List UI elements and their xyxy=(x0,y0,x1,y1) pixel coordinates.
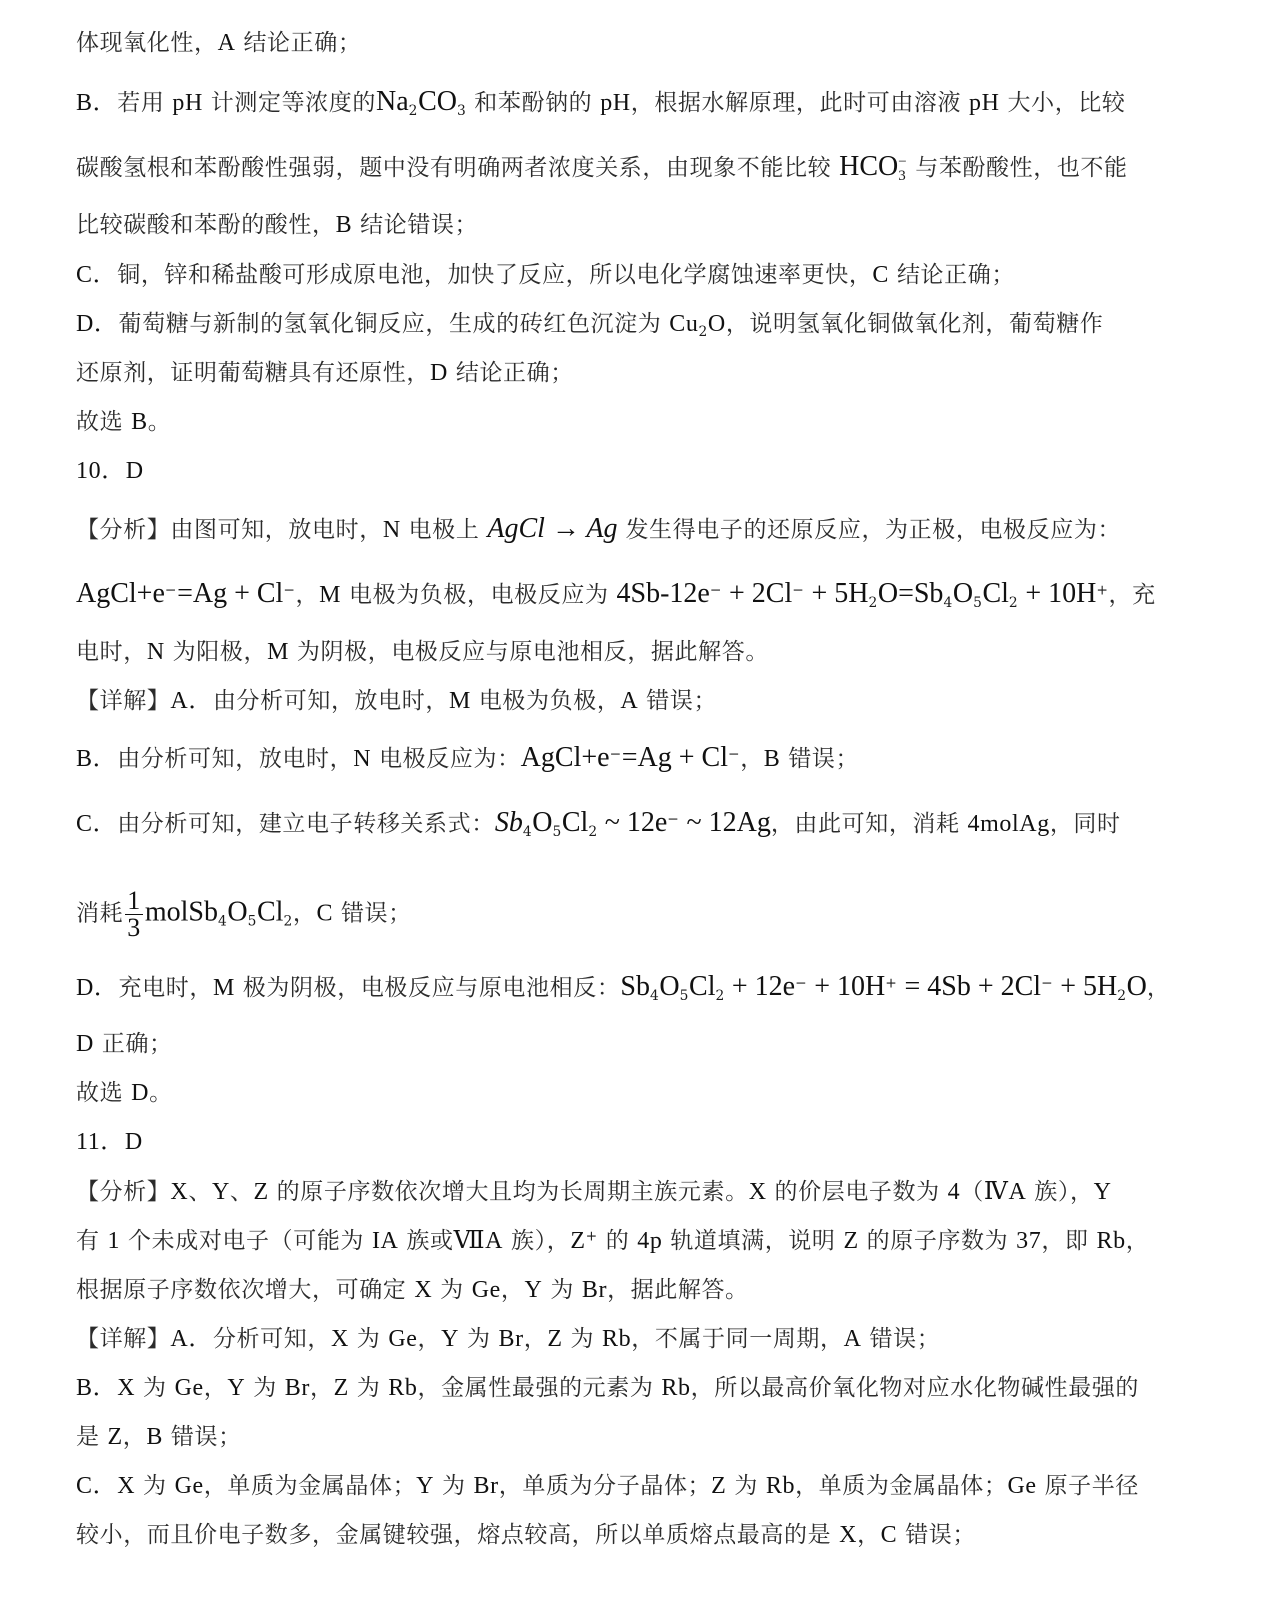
chemical-formula: molSb xyxy=(145,897,218,928)
latin-text: 37 xyxy=(1016,1228,1041,1254)
chinese-text: ， xyxy=(418,1326,442,1352)
latin-text: B． xyxy=(76,90,117,116)
latin-text: Y xyxy=(441,1326,459,1352)
text-line: 根据原子序数依次增大，可确定 X 为 Ge，Y 为 Br，据此解答。 xyxy=(76,1275,749,1305)
chinese-text: ，由此可知，消耗 xyxy=(771,811,968,837)
latin-text: Br xyxy=(499,1326,524,1352)
latin-text: Y xyxy=(524,1277,542,1303)
chinese-text: ， xyxy=(310,1375,334,1401)
chemical-formula: ~ 12Ag xyxy=(679,807,770,838)
chinese-text: ，单质为金属晶体； xyxy=(204,1473,416,1499)
text-line: AgCl+e−=Ag + Cl−，M 电极为负极，电极反应为 4Sb-12e− … xyxy=(76,579,1156,610)
chinese-text: 为 xyxy=(349,1375,388,1401)
chemical-formula: O xyxy=(227,897,247,928)
latin-text: M xyxy=(213,975,235,1001)
latin-text: Z xyxy=(711,1473,726,1499)
latin-text: B xyxy=(146,1424,163,1450)
subscript: 5 xyxy=(552,824,561,840)
text-line: D 正确； xyxy=(76,1029,173,1059)
subscript: 2 xyxy=(715,988,724,1004)
document-page: 体现氧化性，A 结论正确；B．若用 pH 计测定等浓度的Na2CO3 和苯酚钠的… xyxy=(0,0,1279,1606)
text-line: 还原剂，证明葡萄糖具有还原性，D 结论正确； xyxy=(76,358,574,388)
latin-text: O xyxy=(708,311,726,337)
chinese-text: 为 xyxy=(135,1375,174,1401)
text-line: 【详解】A．分析可知，X 为 Ge，Y 为 Br，Z 为 Rb，不属于同一周期，… xyxy=(76,1324,940,1354)
text-line: 11．D xyxy=(76,1127,143,1157)
chemical-formula: Na xyxy=(376,86,409,117)
latin-text: Br xyxy=(582,1277,607,1303)
chinese-text: ，金属性最强的元素为 xyxy=(417,1375,661,1401)
chinese-text: 【分析】由图可知，放电时， xyxy=(76,517,383,543)
chemical-formula: O=Sb xyxy=(878,578,944,609)
latin-text: IA xyxy=(372,1228,399,1254)
chinese-text: 铜，锌和稀盐酸可形成原电池，加快了反应，所以电化学腐蚀速率更快， xyxy=(117,262,872,288)
fraction: 13 xyxy=(125,888,143,941)
chinese-text: ，不属于同一周期， xyxy=(631,1326,843,1352)
chinese-text: ， xyxy=(123,1424,147,1450)
chinese-text: 与苯酚酸性，也不能 xyxy=(907,155,1127,181)
chemical-formula: + 2Cl xyxy=(722,578,792,609)
chinese-text: 发生得电子的还原反应，为正极，电极反应为： xyxy=(618,517,1122,543)
latin-text: Rb xyxy=(661,1375,690,1401)
latin-text: pH xyxy=(969,90,1000,116)
latin-text: C． xyxy=(76,811,117,837)
chinese-text: ，根据水解原理，此时可由溶液 xyxy=(631,90,969,116)
latin-text: X xyxy=(414,1277,432,1303)
chinese-text: 为 xyxy=(432,1277,471,1303)
chemical-formula: + 5H xyxy=(1053,971,1117,1002)
chemical-formula: CO xyxy=(418,86,457,117)
chinese-text: ，据此解答。 xyxy=(607,1277,749,1303)
latin-text: X xyxy=(331,1326,349,1352)
chinese-text: 为 xyxy=(563,1326,602,1352)
superscript: − xyxy=(610,746,622,762)
latin-text: 1 xyxy=(108,1228,121,1254)
chinese-text: 体现氧化性， xyxy=(76,30,218,56)
chinese-text: ， xyxy=(204,1375,228,1401)
chinese-text: 为 xyxy=(542,1277,581,1303)
latin-text: M xyxy=(449,688,471,714)
chinese-text: 由分析可知，建立电子转移关系式： xyxy=(117,811,495,837)
latin-text: Ge xyxy=(388,1326,417,1352)
text-line: D．葡萄糖与新制的氢氧化铜反应，生成的砖红色沉淀为 Cu2O，说明氢氧化铜做氧化… xyxy=(76,309,1103,339)
latin-text: ⅦA xyxy=(454,1228,504,1254)
latin-text: D． xyxy=(76,975,119,1001)
fraction-numerator: 1 xyxy=(125,888,143,915)
text-line: 电时，N 为阳极，M 为阴极，电极反应与原电池相反，据此解答。 xyxy=(76,637,769,667)
text-line: 10．D xyxy=(76,456,144,486)
latin-text: M xyxy=(267,639,289,665)
chinese-text: 极为阴极，电极反应与原电池相反： xyxy=(235,975,621,1001)
text-line: 体现氧化性，A 结论正确； xyxy=(76,28,361,58)
latin-text: 4molAg xyxy=(968,811,1050,837)
text-line: 【分析】由图可知，放电时，N 电极上 AgCl → Ag 发生得电子的还原反应，… xyxy=(76,514,1121,545)
latin-text: 10．D xyxy=(76,458,144,484)
chemical-formula-italic: Sb xyxy=(495,807,523,838)
chinese-text: 的价层电子数为 xyxy=(767,1179,948,1205)
latin-text: C xyxy=(316,901,333,927)
latin-text: pH xyxy=(172,90,203,116)
latin-text: D xyxy=(131,1080,149,1106)
chemical-formula: O xyxy=(659,971,679,1002)
chinese-text: 错误； xyxy=(333,901,412,927)
latin-text: Y xyxy=(212,1179,230,1205)
chinese-text: ， xyxy=(293,901,317,927)
latin-text: Y xyxy=(227,1375,245,1401)
chemical-formula: Cl xyxy=(689,971,715,1002)
chinese-text: 【详解】 xyxy=(76,688,170,714)
subscript: 5 xyxy=(680,988,689,1004)
chinese-text: 较小，而且价电子数多，金属键较强，熔点较高，所以单质熔点最高的是 xyxy=(76,1522,839,1548)
chinese-text: 、 xyxy=(230,1179,254,1205)
text-line: C．X 为 Ge，单质为金属晶体；Y 为 Br，单质为分子晶体；Z 为 Rb，单… xyxy=(76,1471,1139,1501)
latin-text: Ge xyxy=(175,1473,204,1499)
subscript: 3 xyxy=(457,103,466,119)
chinese-text: 电极上 xyxy=(401,517,488,543)
chinese-text: 为阳极， xyxy=(165,639,267,665)
latin-text: Ge xyxy=(472,1277,501,1303)
chemical-formula: ~ 12e xyxy=(598,807,668,838)
chemical-formula: + 12e xyxy=(725,971,795,1002)
chinese-text: （ xyxy=(960,1179,984,1205)
subscript: 2 xyxy=(698,324,707,340)
chinese-text: 族或 xyxy=(398,1228,453,1254)
chinese-text: 个未成对电子（可能为 xyxy=(120,1228,372,1254)
subscript: 4 xyxy=(218,913,227,929)
latin-text: Rb xyxy=(602,1326,631,1352)
chemical-formula: HCO xyxy=(839,151,898,182)
latin-text: C xyxy=(872,262,889,288)
chinese-text: ，单质为分子晶体； xyxy=(499,1473,711,1499)
latin-text: Y xyxy=(1094,1179,1112,1205)
latin-text: Cu xyxy=(669,311,698,337)
chinese-text: ，所以最高价氧化物对应水化物碱性最强的 xyxy=(691,1375,1139,1401)
chemical-formula: O xyxy=(953,578,973,609)
text-line: C．铜，锌和稀盐酸可形成原电池，加快了反应，所以电化学腐蚀速率更快，C 结论正确… xyxy=(76,260,1015,290)
latin-text: N xyxy=(353,746,371,772)
chinese-text: ， xyxy=(740,746,764,772)
chemical-formula: Cl xyxy=(982,578,1008,609)
latin-text: Z xyxy=(334,1375,349,1401)
chinese-text: 根据原子序数依次增大，可确定 xyxy=(76,1277,414,1303)
latin-text: Z xyxy=(547,1326,562,1352)
chinese-text: 由分析可知，放电时， xyxy=(213,688,449,714)
latin-text: C．X xyxy=(76,1473,135,1499)
latin-text: X xyxy=(749,1179,767,1205)
subscript: 4 xyxy=(943,595,952,611)
chinese-text: 。 xyxy=(149,1080,173,1106)
chemical-formula: =Ag + Cl xyxy=(177,578,283,609)
superscript: + xyxy=(1096,582,1108,598)
chinese-text: ，同时 xyxy=(1050,811,1121,837)
latin-text: B．X xyxy=(76,1375,135,1401)
latin-text: X xyxy=(170,1179,188,1205)
chemical-formula: + 10H xyxy=(1018,578,1096,609)
text-line: 是 Z，B 错误； xyxy=(76,1422,242,1452)
chinese-text: 比较碳酸和苯酚的酸性， xyxy=(76,212,336,238)
latin-text: Y xyxy=(416,1473,434,1499)
chinese-text: ， xyxy=(1147,975,1171,1001)
text-line: 有 1 个未成对电子（可能为 IA 族或ⅦA 族），Z+ 的 4p 轨道填满，说… xyxy=(76,1226,1149,1256)
latin-text: X xyxy=(839,1522,857,1548)
chinese-text: 还原剂，证明葡萄糖具有还原性， xyxy=(76,360,430,386)
text-line: 故选 D。 xyxy=(76,1078,173,1108)
text-line: C．由分析可知，建立电子转移关系式：Sb4O5Cl2 ~ 12e− ~ 12Ag… xyxy=(76,808,1121,839)
chinese-text: ，单质为金属晶体； xyxy=(795,1473,1007,1499)
latin-text: A xyxy=(844,1326,862,1352)
chinese-text: ，充 xyxy=(1109,582,1156,608)
chinese-text: 葡萄糖与新制的氢氧化铜反应，生成的砖红色沉淀为 xyxy=(119,311,670,337)
superscript: + xyxy=(885,975,897,991)
text-line: 碳酸氢根和苯酚酸性强弱，题中没有明确两者浓度关系，由现象不能比较 HCO−3 与… xyxy=(76,152,1128,183)
chinese-text: 族）， xyxy=(1026,1179,1093,1205)
text-line: 消耗13molSb4O5Cl2，C 错误； xyxy=(76,888,412,941)
chinese-text: 、 xyxy=(188,1179,212,1205)
latin-text: A xyxy=(218,30,236,56)
text-line: 【详解】A．由分析可知，放电时，M 电极为负极，A 错误； xyxy=(76,686,717,716)
chinese-text: 【分析】 xyxy=(76,1179,170,1205)
latin-text: N xyxy=(147,639,165,665)
subscript: 2 xyxy=(409,103,418,119)
chinese-text: 计测定等浓度的 xyxy=(203,90,376,116)
subscript: 2 xyxy=(1009,595,1018,611)
chinese-text: 电极为负极， xyxy=(471,688,621,714)
latin-text: 11．D xyxy=(76,1129,143,1155)
chinese-text: 错误； xyxy=(897,1522,976,1548)
chinese-text: 【详解】 xyxy=(76,1326,170,1352)
chemical-formula: + 10H xyxy=(807,971,885,1002)
text-line: 比较碳酸和苯酚的酸性，B 结论错误； xyxy=(76,210,478,240)
text-line: 【分析】X、Y、Z 的原子序数依次增大且均为长周期主族元素。X 的价层电子数为 … xyxy=(76,1177,1112,1207)
latin-text: Ge xyxy=(1007,1473,1036,1499)
chinese-text: 的 xyxy=(598,1228,637,1254)
superscript: − xyxy=(283,582,295,598)
latin-text: D． xyxy=(76,311,119,337)
text-line: 较小，而且价电子数多，金属键较强，熔点较高，所以单质熔点最高的是 X，C 错误； xyxy=(76,1520,976,1550)
chinese-text: ， xyxy=(524,1326,548,1352)
chinese-text: ， xyxy=(1126,1228,1150,1254)
chemical-formula: Sb xyxy=(620,971,650,1002)
text-line: D．充电时，M 极为阴极，电极反应与原电池相反：Sb4O5Cl2 + 12e− … xyxy=(76,972,1170,1003)
superscript: − xyxy=(667,811,679,827)
superscript: − xyxy=(165,582,177,598)
chemical-formula: + 5H xyxy=(804,578,868,609)
chinese-text: ， xyxy=(501,1277,525,1303)
superscript: − xyxy=(898,155,907,169)
chemical-formula: 4Sb-12e xyxy=(617,578,710,609)
latin-text: N xyxy=(383,517,401,543)
chemical-formula-italic: AgCl → Ag xyxy=(487,513,617,544)
chemical-formula: O xyxy=(532,807,552,838)
latin-text: Br xyxy=(474,1473,499,1499)
chinese-text: 错误； xyxy=(163,1424,242,1450)
superscript: − xyxy=(792,582,804,598)
latin-text: Rb xyxy=(1096,1228,1125,1254)
chinese-text: 族）， xyxy=(503,1228,570,1254)
latin-text: D xyxy=(430,360,448,386)
subscript: 2 xyxy=(1117,988,1126,1004)
latin-text: ⅣA xyxy=(984,1179,1027,1205)
sub-superscript: −3 xyxy=(898,155,907,183)
text-line: B．由分析可知，放电时，N 电极反应为：AgCl+e−=Ag + Cl−，B 错… xyxy=(76,743,859,774)
chinese-text: 有 xyxy=(76,1228,108,1254)
chinese-text: 错误； xyxy=(638,688,717,714)
latin-text: pH xyxy=(600,90,631,116)
latin-text: 4 xyxy=(948,1179,961,1205)
chinese-text: 故选 xyxy=(76,409,131,435)
latin-text: Z xyxy=(570,1228,585,1254)
chinese-text: 错误； xyxy=(780,746,859,772)
chemical-formula: O xyxy=(1127,971,1147,1002)
chinese-text: 电极为负极，电极反应为 xyxy=(341,582,616,608)
chinese-text: 分析可知， xyxy=(213,1326,331,1352)
chinese-text: 为 xyxy=(349,1326,388,1352)
chinese-text: 为 xyxy=(434,1473,473,1499)
chemical-formula: =Ag + Cl xyxy=(622,742,728,773)
chemical-formula: AgCl+e xyxy=(521,742,610,773)
text-line: B．X 为 Ge，Y 为 Br，Z 为 Rb，金属性最强的元素为 Rb，所以最高… xyxy=(76,1373,1139,1403)
latin-text: C xyxy=(881,1522,898,1548)
latin-text: Ge xyxy=(175,1375,204,1401)
latin-text: A． xyxy=(170,1326,213,1352)
subscript: 2 xyxy=(868,595,877,611)
chinese-text: 电极反应为： xyxy=(371,746,521,772)
chinese-text: 电时， xyxy=(76,639,147,665)
chinese-text: 是 xyxy=(76,1424,108,1450)
latin-text: C． xyxy=(76,262,117,288)
subscript: 4 xyxy=(650,988,659,1004)
subscript: 3 xyxy=(898,169,907,183)
chinese-text: 由分析可知，放电时， xyxy=(117,746,353,772)
subscript: 2 xyxy=(283,913,292,929)
latin-text: Z xyxy=(108,1424,123,1450)
chinese-text: 结论正确； xyxy=(448,360,574,386)
latin-text: Z xyxy=(254,1179,269,1205)
subscript: 4 xyxy=(523,824,532,840)
subscript: 5 xyxy=(248,913,257,929)
chinese-text: 正确； xyxy=(94,1031,173,1057)
fraction-denominator: 3 xyxy=(125,915,143,941)
chinese-text: 原子半径 xyxy=(1037,1473,1139,1499)
latin-text: Z xyxy=(843,1228,858,1254)
chinese-text: 为 xyxy=(135,1473,174,1499)
latin-text: Rb xyxy=(766,1473,795,1499)
chinese-text: 充电时， xyxy=(119,975,213,1001)
chinese-text: 为 xyxy=(459,1326,498,1352)
chinese-text: 消耗 xyxy=(76,901,123,927)
latin-text: B． xyxy=(76,746,117,772)
chinese-text: 为阴极，电极反应与原电池相反，据此解答。 xyxy=(289,639,769,665)
latin-text: B xyxy=(131,409,148,435)
chemical-formula: Cl xyxy=(257,897,283,928)
chinese-text: 轨道填满，说明 xyxy=(662,1228,843,1254)
chemical-formula: = 4Sb + 2Cl xyxy=(897,971,1041,1002)
latin-text: A． xyxy=(170,688,213,714)
latin-text: A xyxy=(620,688,638,714)
chinese-text: 若用 xyxy=(117,90,172,116)
superscript: − xyxy=(728,746,740,762)
superscript: − xyxy=(795,975,807,991)
chinese-text: ， xyxy=(296,582,320,608)
chinese-text: ，说明氢氧化铜做氧化剂，葡萄糖作 xyxy=(726,311,1104,337)
subscript: 2 xyxy=(588,824,597,840)
latin-text: 4p xyxy=(637,1228,662,1254)
latin-text: Br xyxy=(285,1375,310,1401)
superscript: + xyxy=(586,1228,598,1244)
chinese-text: 的原子序数为 xyxy=(859,1228,1016,1254)
chinese-text: 为 xyxy=(726,1473,765,1499)
latin-text: M xyxy=(319,582,341,608)
chinese-text: 故选 xyxy=(76,1080,131,1106)
chinese-text: 结论正确； xyxy=(889,262,1015,288)
latin-text: Rb xyxy=(388,1375,417,1401)
chinese-text: ， xyxy=(857,1522,881,1548)
chinese-text: 结论错误； xyxy=(352,212,478,238)
chinese-text: 和苯酚钠的 xyxy=(466,90,600,116)
latin-text: B xyxy=(764,746,781,772)
chinese-text: 。 xyxy=(148,409,172,435)
chinese-text: 错误； xyxy=(862,1326,941,1352)
chinese-text: ，即 xyxy=(1041,1228,1096,1254)
chinese-text: 为 xyxy=(245,1375,284,1401)
chinese-text: 的原子序数依次增大且均为长周期主族元素。 xyxy=(269,1179,749,1205)
latin-text: D xyxy=(76,1031,94,1057)
chinese-text: 结论正确； xyxy=(236,30,362,56)
latin-text: B xyxy=(336,212,353,238)
text-line: B．若用 pH 计测定等浓度的Na2CO3 和苯酚钠的 pH，根据水解原理，此时… xyxy=(76,87,1126,118)
chinese-text: 大小，比较 xyxy=(1000,90,1126,116)
superscript: − xyxy=(710,582,722,598)
text-line: 故选 B。 xyxy=(76,407,171,437)
superscript: − xyxy=(1041,975,1053,991)
chemical-formula: Cl xyxy=(562,807,588,838)
chemical-formula: AgCl+e xyxy=(76,578,165,609)
chinese-text: 碳酸氢根和苯酚酸性强弱，题中没有明确两者浓度关系，由现象不能比较 xyxy=(76,155,839,181)
